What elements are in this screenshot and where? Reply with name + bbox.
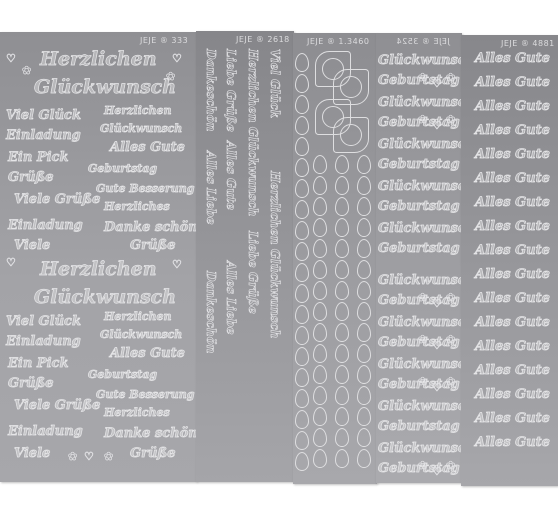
sticker-text: Alles Gute: [475, 291, 550, 306]
sticker-text: Gute Besserung: [96, 388, 194, 401]
sticker-text: Alles Gute: [475, 123, 550, 138]
sticker-text: Grüße: [8, 170, 54, 185]
sticker-text: Glückwunsch: [378, 441, 462, 456]
sticker-text: Herzlichen: [40, 48, 157, 70]
sticker-text: Herzlichen: [104, 310, 171, 323]
border-strip-sticker: [357, 155, 371, 470]
sticker-sheet-2618: JEJE ® 2618 Dankeschön Alles Liebe Liebe…: [196, 31, 294, 482]
flower-icon: ✿: [418, 291, 427, 304]
heart-icon: ♡: [84, 450, 94, 463]
flower-icon: ✿: [418, 333, 427, 346]
sticker-text: Grüße: [130, 238, 176, 253]
flower-icon: ✿: [104, 450, 113, 463]
sticker-text: Danke schön: [104, 220, 197, 235]
border-strip-sticker: [313, 155, 327, 470]
sticker-text: Glückwunsch: [34, 286, 176, 308]
sticker-text-vertical: Viel Glück: [268, 49, 282, 118]
sticker-text: Einladung: [6, 128, 81, 143]
heart-icon: ♡: [432, 119, 442, 132]
sticker-text: Alles Gute: [475, 195, 550, 210]
sticker-text: Glückwunsch: [378, 137, 462, 152]
sticker-text: Geburtstag: [378, 157, 460, 172]
sticker-text: Glückwunsch: [378, 399, 462, 414]
sheet-code: JEJE ® 3524: [396, 37, 450, 46]
flower-icon: ✿: [418, 71, 427, 84]
sticker-text-vertical: Liebe Grüße: [246, 231, 260, 314]
sticker-text: Alles Gute: [475, 363, 550, 378]
sticker-text: Alles Gute: [475, 435, 550, 450]
sticker-text: Glückwunsch: [378, 273, 462, 288]
sticker-text: Alles Gute: [110, 346, 185, 361]
sticker-text: Herzlichen: [104, 104, 171, 117]
sticker-text: Glückwunsch: [34, 76, 176, 98]
heart-icon: ♡: [432, 465, 442, 478]
sheet-code: JEJE ® 2618: [236, 35, 290, 44]
sticker-text: Viele Grüße: [14, 192, 100, 207]
sticker-text: Ein Pick: [8, 150, 68, 165]
sticker-text: Einladung: [8, 424, 83, 439]
sticker-text: Viel Glück: [6, 314, 81, 329]
sheet-code: JEJE ® 4881: [501, 39, 555, 48]
heart-icon: ♡: [6, 52, 16, 65]
flower-icon: ✿: [22, 64, 31, 77]
sticker-text: Glückwunsch: [378, 95, 462, 110]
sticker-text: Alles Gute: [475, 75, 550, 90]
sticker-text-vertical: Herzlichen Glückwunsch: [246, 49, 260, 217]
border-strip-sticker: [295, 53, 309, 473]
flower-icon: ✿: [446, 291, 455, 304]
flower-icon: ✿: [418, 113, 427, 126]
flower-icon: ✿: [418, 459, 427, 472]
heart-icon: ♡: [172, 52, 182, 65]
sticker-text: Glückwunsch: [378, 53, 462, 68]
border-strip-sticker: [335, 155, 349, 470]
sticker-text-vertical: Alles Liebe: [224, 261, 238, 335]
sticker-text: Alles Gute: [475, 51, 550, 66]
heart-icon: ♡: [432, 297, 442, 310]
sticker-text-vertical: Dankeschön: [204, 49, 218, 131]
sticker-text: Geburtstag: [378, 199, 460, 214]
flower-icon: ✿: [446, 375, 455, 388]
sticker-text: Alles Gute: [475, 267, 550, 282]
heart-icon: ♡: [6, 256, 16, 269]
sticker-text-vertical: Dankeschön: [204, 271, 218, 353]
sticker-text: Alles Gute: [475, 99, 550, 114]
sticker-text-vertical: Alles Gute: [224, 141, 238, 210]
sticker-text: Geburtstag: [88, 368, 157, 381]
sticker-sheet-4881: JEJE ® 4881 Alles Gute Alles Gute Alles …: [461, 35, 558, 486]
flower-icon: ✿: [68, 450, 77, 463]
sticker-text: Alles Gute: [110, 140, 185, 155]
sticker-sheet-1-3460: JEJE ® 1.3460: [293, 33, 377, 484]
sticker-text: Einladung: [6, 334, 81, 349]
sticker-text: Geburtstag: [378, 241, 460, 256]
sticker-text: Gute Besserung: [96, 182, 194, 195]
sticker-text: Alles Gute: [475, 411, 550, 426]
heart-icon: ♡: [432, 381, 442, 394]
sticker-text: Alles Gute: [475, 315, 550, 330]
sticker-text: Glückwunsch: [100, 328, 182, 341]
sticker-text: Ein Pick: [8, 356, 68, 371]
heart-icon: ♡: [172, 258, 182, 271]
sticker-text: Viele Grüße: [14, 398, 100, 413]
sticker-text: Grüße: [8, 376, 54, 391]
heart-icon: ♡: [432, 77, 442, 90]
sticker-text: Alles Gute: [475, 339, 550, 354]
sticker-text: Herzliches: [104, 200, 170, 213]
sticker-text-vertical: Alles Liebe: [204, 151, 218, 225]
flower-icon: ✿: [446, 333, 455, 346]
sticker-text: Alles Gute: [475, 387, 550, 402]
sticker-text: Glückwunsch: [378, 315, 462, 330]
flower-icon: ✿: [446, 113, 455, 126]
sticker-text: Alles Gute: [475, 219, 550, 234]
sticker-text: Viele: [14, 238, 50, 253]
sticker-text: Glückwunsch: [378, 179, 462, 194]
sticker-text-vertical: Liebe Grüße: [224, 49, 238, 132]
sticker-sheet-333: JEJE ® 333 ♡ ♡ ✿ ✿ Herzlichen Glückwunsc…: [0, 32, 197, 482]
sticker-text: Glückwunsch: [100, 122, 182, 135]
sticker-text: Einladung: [8, 218, 83, 233]
sticker-text: Grüße: [130, 446, 176, 461]
sticker-sheet-3524: JEJE ® 3524 Glückwunsch Geburtstag ✿ ♡ ✿…: [376, 33, 462, 483]
flower-icon: ✿: [418, 375, 427, 388]
sticker-text: Alles Gute: [475, 147, 550, 162]
sticker-text: Alles Gute: [475, 243, 550, 258]
flower-icon: ✿: [446, 459, 455, 472]
sheet-code: JEJE ® 333: [140, 36, 188, 45]
sticker-text: Herzlichen: [40, 258, 157, 280]
sticker-text: Alles Gute: [475, 171, 550, 186]
sticker-text: Viele: [14, 446, 50, 461]
corner-ornament-sticker: [333, 117, 369, 153]
sticker-text: Glückwunsch: [378, 221, 462, 236]
flower-icon: ✿: [446, 71, 455, 84]
sticker-text: Glückwunsch: [378, 357, 462, 372]
sheet-code: JEJE ® 1.3460: [307, 37, 369, 46]
sticker-text: Danke schön: [104, 426, 197, 441]
sticker-text: Viel Glück: [6, 108, 81, 123]
heart-icon: ♡: [432, 339, 442, 352]
sticker-text: Herzliches: [104, 406, 170, 419]
sticker-text-vertical: Herzlichen Glückwunsch: [268, 171, 282, 339]
sticker-text: Geburtstag: [378, 419, 460, 434]
sticker-text: Geburtstag: [88, 162, 157, 175]
